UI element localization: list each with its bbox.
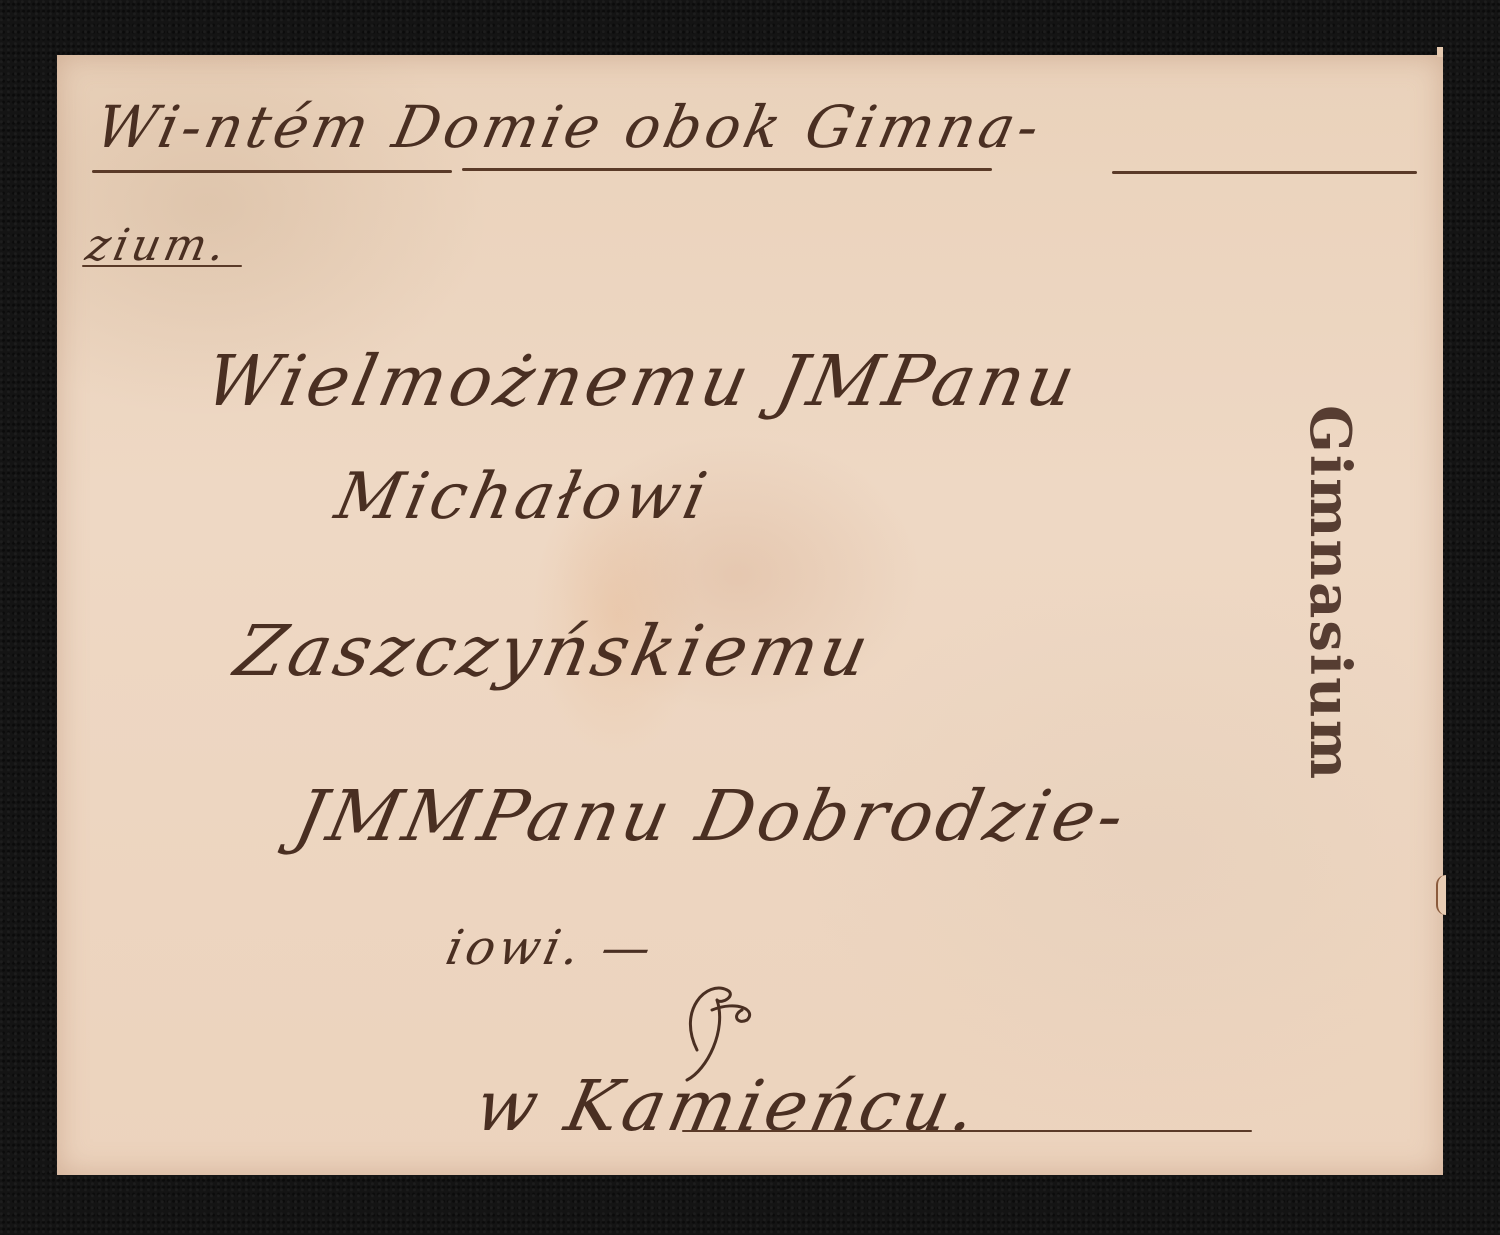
header-underline-1 xyxy=(92,170,452,173)
address-line-1: Wielmożnemu JMPanu xyxy=(198,340,1086,422)
header-line-2: zium. xyxy=(82,220,234,271)
envelope: Wi-ntém Domie obok Gimna- zium. Wielmożn… xyxy=(57,55,1443,1175)
city-underline xyxy=(682,1130,1252,1132)
address-line-6: w Kamieńcu. xyxy=(468,1065,987,1147)
address-line-2: Michałowi xyxy=(329,460,716,534)
edge-tear xyxy=(1436,875,1446,915)
side-marking: Gimnasium xyxy=(1297,405,1363,781)
header-underline-2 xyxy=(462,168,992,171)
envelope-corner-tab xyxy=(1437,47,1443,57)
header-line-1: Wi-ntém Domie obok Gimna- xyxy=(90,93,1049,161)
address-line-5: iowi. — xyxy=(441,920,660,976)
header-underline-3 xyxy=(1112,171,1417,174)
header-underline-4 xyxy=(82,265,242,267)
address-line-4: JMMPanu Dobrodzie- xyxy=(288,775,1135,857)
address-line-3: Zaszczyńskiemu xyxy=(228,610,879,692)
